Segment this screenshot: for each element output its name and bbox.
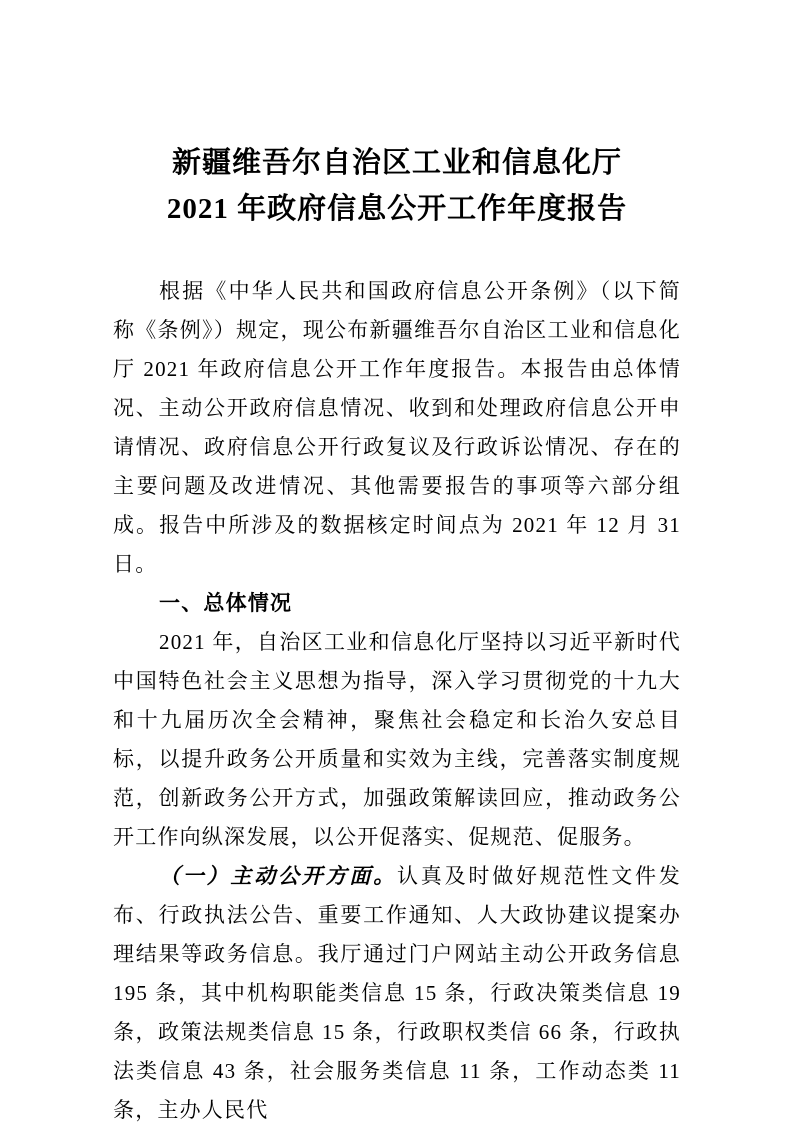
document-title-line2: 2021 年政府信息公开工作年度报告: [113, 186, 681, 232]
subsection1-text: 认真及时做好规范性文件发布、行政执法公告、重要工作通知、人大政协建议提案办理结果…: [113, 864, 681, 1122]
subsection1-paragraph: （一）主动公开方面。认真及时做好规范性文件发布、行政执法公告、重要工作通知、人大…: [113, 857, 681, 1122]
section1-heading: 一、总体情况: [113, 584, 681, 623]
document-page: 新疆维吾尔自治区工业和信息化厅 2021 年政府信息公开工作年度报告 根据《中华…: [0, 0, 793, 1122]
subsection1-lead: （一）主动公开方面。: [159, 864, 397, 888]
document-title-line1: 新疆维吾尔自治区工业和信息化厅: [113, 140, 681, 186]
section1-paragraph: 2021 年，自治区工业和信息化厅坚持以习近平新时代中国特色社会主义思想为指导，…: [113, 623, 681, 857]
document-title: 新疆维吾尔自治区工业和信息化厅 2021 年政府信息公开工作年度报告: [113, 140, 681, 232]
intro-paragraph: 根据《中华人民共和国政府信息公开条例》（以下简称《条例》）规定，现公布新疆维吾尔…: [113, 272, 681, 584]
